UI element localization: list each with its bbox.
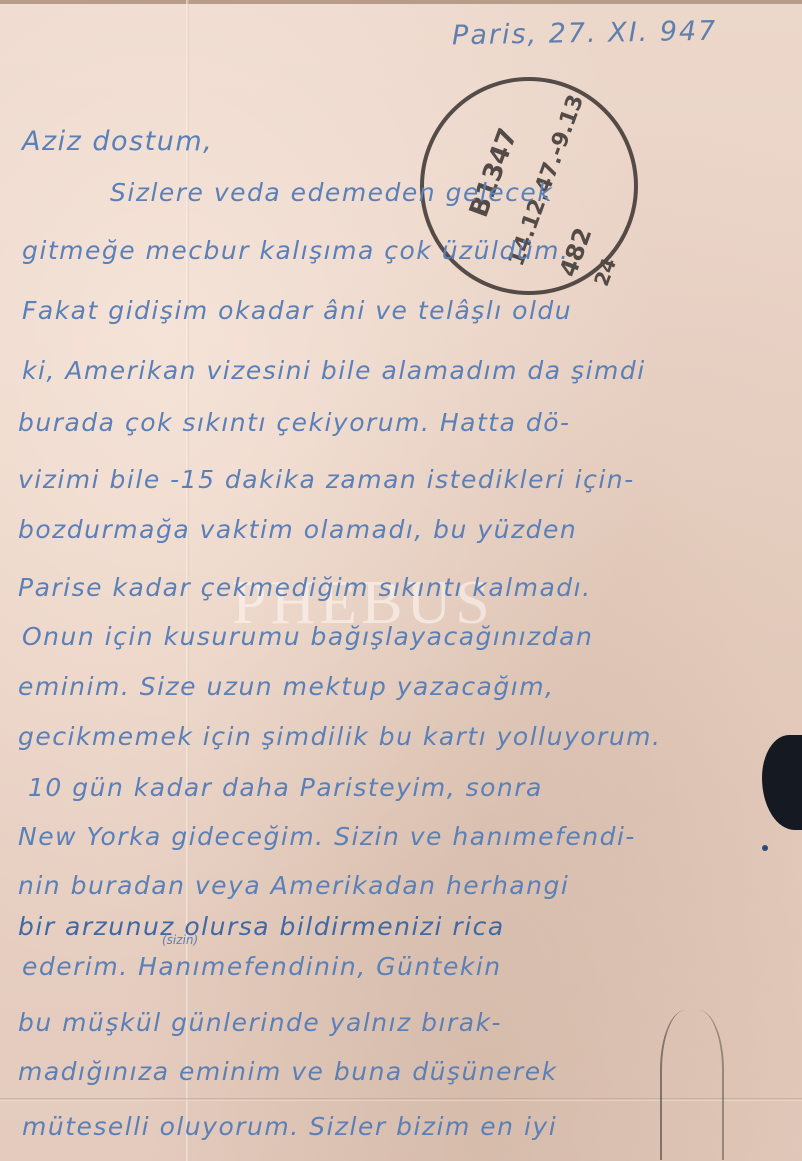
letter-line: ederim. Hanımefendinin, Güntekin <box>22 952 502 981</box>
letter-line: gecikmemek için şimdilik bu kartı yolluy… <box>18 722 661 751</box>
letter-line: bu müşkül günlerinde yalnız bırak- <box>18 1008 502 1037</box>
postcard: PHEBUS Paris, 27. XI. 947 B1347 14.12.47… <box>0 0 802 1161</box>
letter-line: gitmeğe mecbur kalışıma çok üzüldüm. <box>22 236 569 265</box>
pencil-mark <box>660 1010 724 1160</box>
letter-line: nin buradan veya Amerikadan herhangi <box>18 871 569 900</box>
letter-line: bozdurmağa vaktim olamadı, bu yüzden <box>18 515 577 544</box>
letter-line: ki, Amerikan vizesini bile alamadım da ş… <box>22 356 646 385</box>
salutation: Aziz dostum, <box>22 126 213 157</box>
letter-line: 10 gün kadar daha Paristeyim, sonra <box>28 773 543 802</box>
ink-dot <box>762 845 768 851</box>
letter-line: bir arzunuz olursa bildirmenizi rica <box>18 912 505 941</box>
letter-line: eminim. Size uzun mektup yazacağım, <box>18 672 555 701</box>
letter-body: Aziz dostum, Sizlere veda edemeden gelec… <box>0 0 802 1161</box>
letter-line: New Yorka gideceğim. Sizin ve hanımefend… <box>18 822 636 851</box>
letter-line: müteselli oluyorum. Sizler bizim en iyi <box>22 1112 557 1141</box>
letter-line: Fakat gidişim okadar âni ve telâşlı oldu <box>22 296 572 325</box>
letter-line: Onun için kusurumu bağışlayacağınızdan <box>22 622 593 651</box>
insertion-note: (sizin) <box>162 933 198 947</box>
letter-line: madığınıza eminim ve buna düşünerek <box>18 1057 558 1086</box>
letter-line: Sizlere veda edemeden gelecek <box>110 178 553 207</box>
letter-line: burada çok sıkıntı çekiyorum. Hatta dö- <box>18 408 571 437</box>
letter-line: vizimi bile -15 dakika zaman istedikleri… <box>18 465 635 494</box>
letter-line: Parise kadar çekmediğim sıkıntı kalmadı. <box>18 573 592 602</box>
